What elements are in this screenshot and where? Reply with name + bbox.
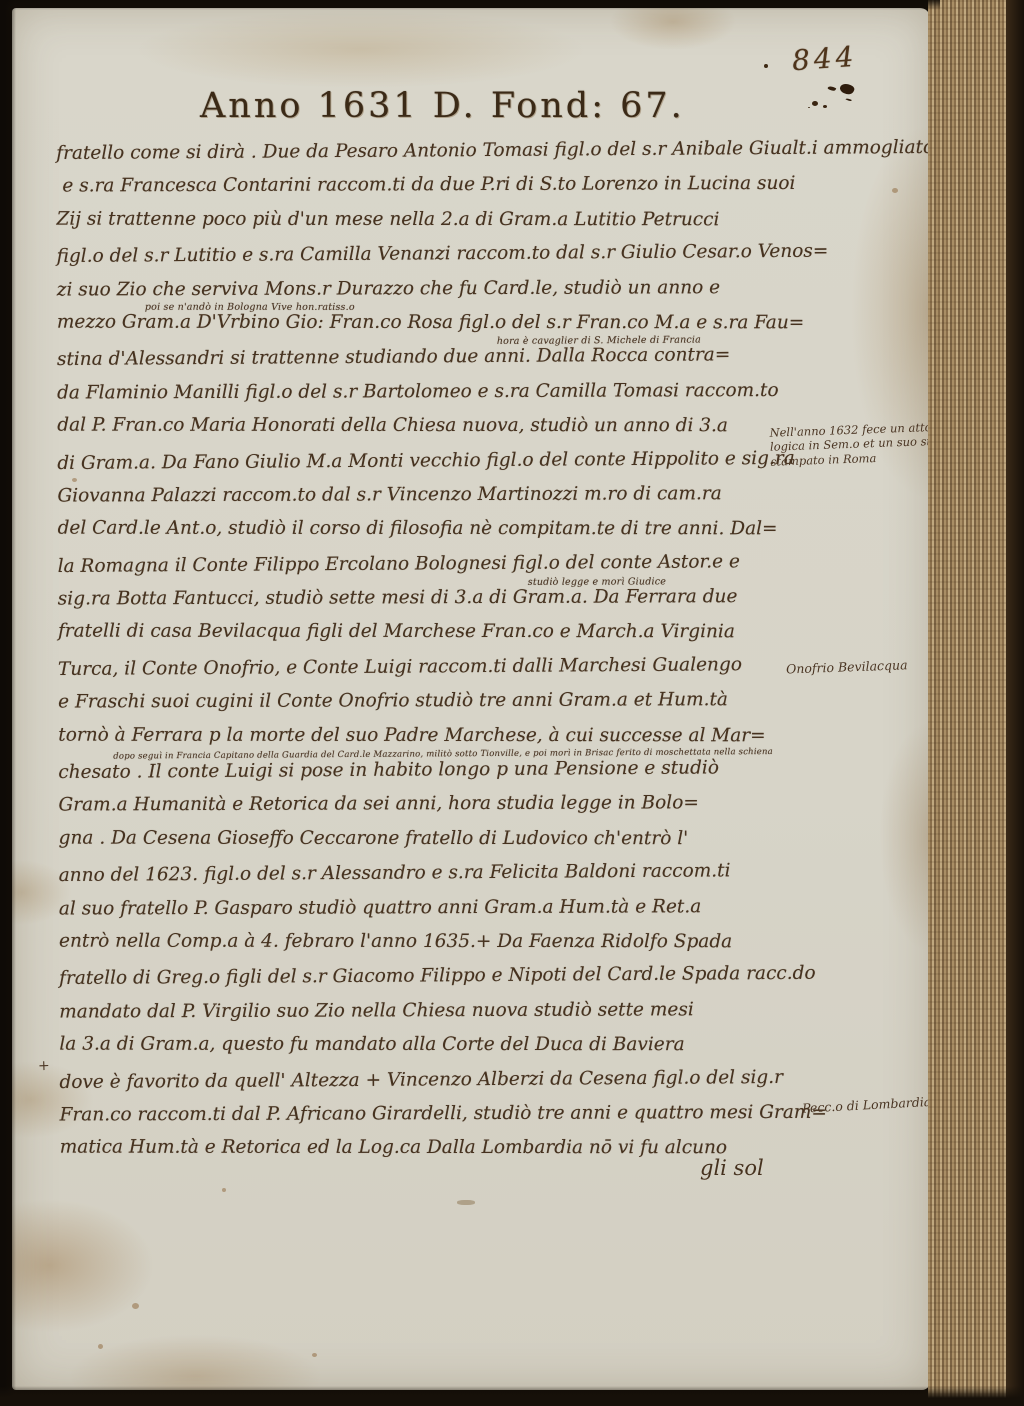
ink-smudge [457, 1200, 475, 1205]
manuscript-line: mezzo Gram.a D'Vrbino Gio: Fran.co Rosa … [57, 314, 917, 349]
manuscript-line: e s.ra Francesca Contarini raccom.ti da … [56, 175, 916, 212]
manuscript-line: e Fraschi suoi cugini il Conte Onofrio s… [58, 691, 918, 728]
foxing-speck [222, 1188, 226, 1192]
manuscript-line: fratello di Greg.o figli del s.r Giacomo… [59, 964, 919, 1004]
foxing-speck [132, 1303, 139, 1309]
manuscript-line: gna . Da Cesena Gioseffo Ceccarone frate… [59, 829, 919, 864]
top-edge-shadow [0, 0, 940, 10]
manuscript-line: matica Hum.tà e Retorica ed la Log.ca Da… [60, 1139, 920, 1174]
ink-blot [812, 101, 818, 106]
gutter-shadow [0, 0, 16, 1406]
folio-number: 844 [791, 40, 859, 77]
manuscript-page: 844 Anno 1631 D. Fond: 67. fratello come… [12, 8, 930, 1390]
book-fore-edge [928, 0, 1008, 1406]
manuscript-line: del Card.le Ant.o, studiò il corso di fi… [58, 520, 918, 555]
bottom-edge-shadow [0, 1386, 1024, 1406]
foxing-speck [72, 478, 77, 482]
manuscript-line: la 3.a di Gram.a, questo fu mandato alla… [59, 1036, 919, 1071]
manuscript-line: al suo fratello P. Gasparo studiò quattr… [59, 897, 919, 934]
foxing-speck [892, 188, 898, 193]
manuscript-line: figl.o del s.r Lutitio e s.ra Camilla Ve… [57, 242, 917, 282]
manuscript-line: Giovanna Palazzi raccom.to dal s.r Vince… [57, 484, 917, 521]
margin-cross-mark: + [38, 1058, 50, 1076]
manuscript-line: mandato dal P. Virgilio suo Zio nella Ch… [59, 1000, 919, 1037]
manuscript-text-block: fratello come si dirà . Due da Pesaro An… [56, 141, 920, 1176]
manuscript-line: fratelli di casa Bevilacqua figli del Ma… [58, 623, 918, 658]
foxing-speck [98, 1344, 103, 1349]
manuscript-line: stina d'Alessandri si trattenne studiand… [57, 345, 917, 385]
manuscript-line: anno del 1623. figl.o del s.r Alessandro… [59, 861, 919, 901]
manuscript-line: sig.ra Botta Fantucci, studiò sette mesi… [58, 588, 918, 625]
manuscript-line: da Flaminio Manilli figl.o del s.r Barto… [57, 381, 917, 418]
catchword: gli sol [700, 1156, 764, 1180]
foxing-speck [312, 1353, 317, 1357]
manuscript-line: Gram.a Humanità e Retorica da sei anni, … [58, 794, 918, 831]
book-edge-shadow [1006, 0, 1024, 1406]
manuscript-line: Fran.co raccom.ti dal P. Africano Girard… [60, 1103, 920, 1140]
page-title: Anno 1631 D. Fond: 67. [200, 86, 685, 126]
ink-dot [764, 64, 768, 68]
ink-blot [839, 82, 856, 97]
